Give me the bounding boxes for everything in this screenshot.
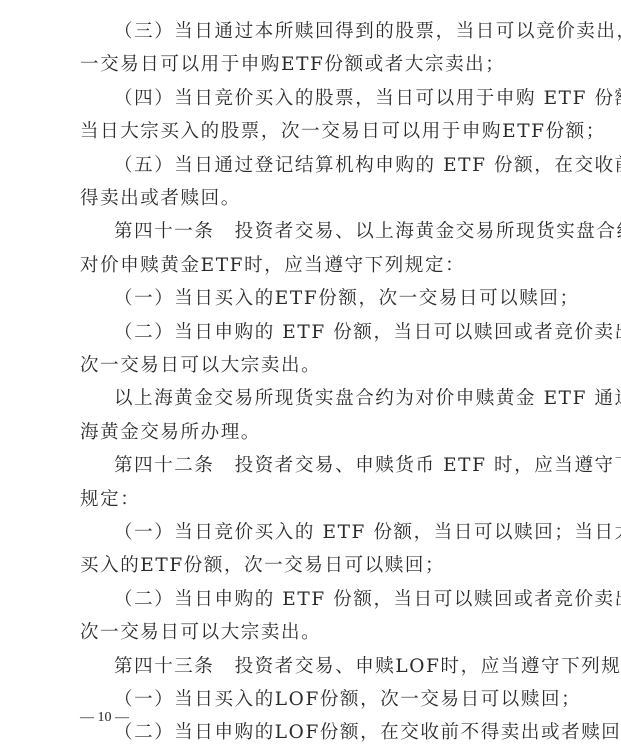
text-line: （一）当日买入的ETF份额，次一交易日可以赎回； (114, 282, 542, 315)
text-line: 海黄金交易所办理。 (80, 416, 542, 449)
text-line: 次一交易日可以大宗卖出。 (80, 616, 542, 649)
text-line: （二）当日申购的 ETF 份额，当日可以赎回或者竞价卖出， (114, 583, 542, 616)
text-line: 一交易日可以用于申购ETF份额或者大宗卖出； (80, 48, 542, 81)
article-43-heading-line: 第四十三条 投资者交易、申赎LOF时，应当遵守下列规定： (114, 650, 542, 683)
text-line: （一）当日竞价买入的 ETF 份额，当日可以赎回；当日大宗 (114, 516, 542, 549)
article-42-heading-line: 第四十二条 投资者交易、申赎货币 ETF 时，应当遵守下列 (114, 449, 542, 482)
document-page: （三）当日通过本所赎回得到的股票，当日可以竞价卖出，次 一交易日可以用于申购ET… (0, 0, 621, 749)
text-line: （二）当日申购的LOF份额，在交收前不得卖出或者赎回。 (114, 716, 542, 749)
text-line: （五）当日通过登记结算机构申购的 ETF 份额，在交收前不 (114, 149, 542, 182)
text-line: （四）当日竞价买入的股票，当日可以用于申购 ETF 份额； (114, 82, 542, 115)
text-line: （一）当日买入的LOF份额，次一交易日可以赎回； (114, 683, 542, 716)
text-line: 对价申赎黄金ETF时，应当遵守下列规定： (80, 249, 542, 282)
article-41-heading-line: 第四十一条 投资者交易、以上海黄金交易所现货实盘合约为 (114, 215, 542, 248)
text-line: 以上海黄金交易所现货实盘合约为对价申赎黄金 ETF 通过上 (114, 382, 542, 415)
text-line: （二）当日申购的 ETF 份额，当日可以赎回或者竞价卖出， (114, 316, 542, 349)
text-line: 得卖出或者赎回。 (80, 182, 542, 215)
text-line: （三）当日通过本所赎回得到的股票，当日可以竞价卖出，次 (114, 15, 542, 48)
text-line: 买入的ETF份额，次一交易日可以赎回； (80, 549, 542, 582)
page-number: — 10 — (80, 708, 129, 728)
text-line: 当日大宗买入的股票，次一交易日可以用于申购ETF份额； (80, 115, 542, 148)
text-line: 次一交易日可以大宗卖出。 (80, 349, 542, 382)
text-line: 规定： (80, 483, 542, 516)
